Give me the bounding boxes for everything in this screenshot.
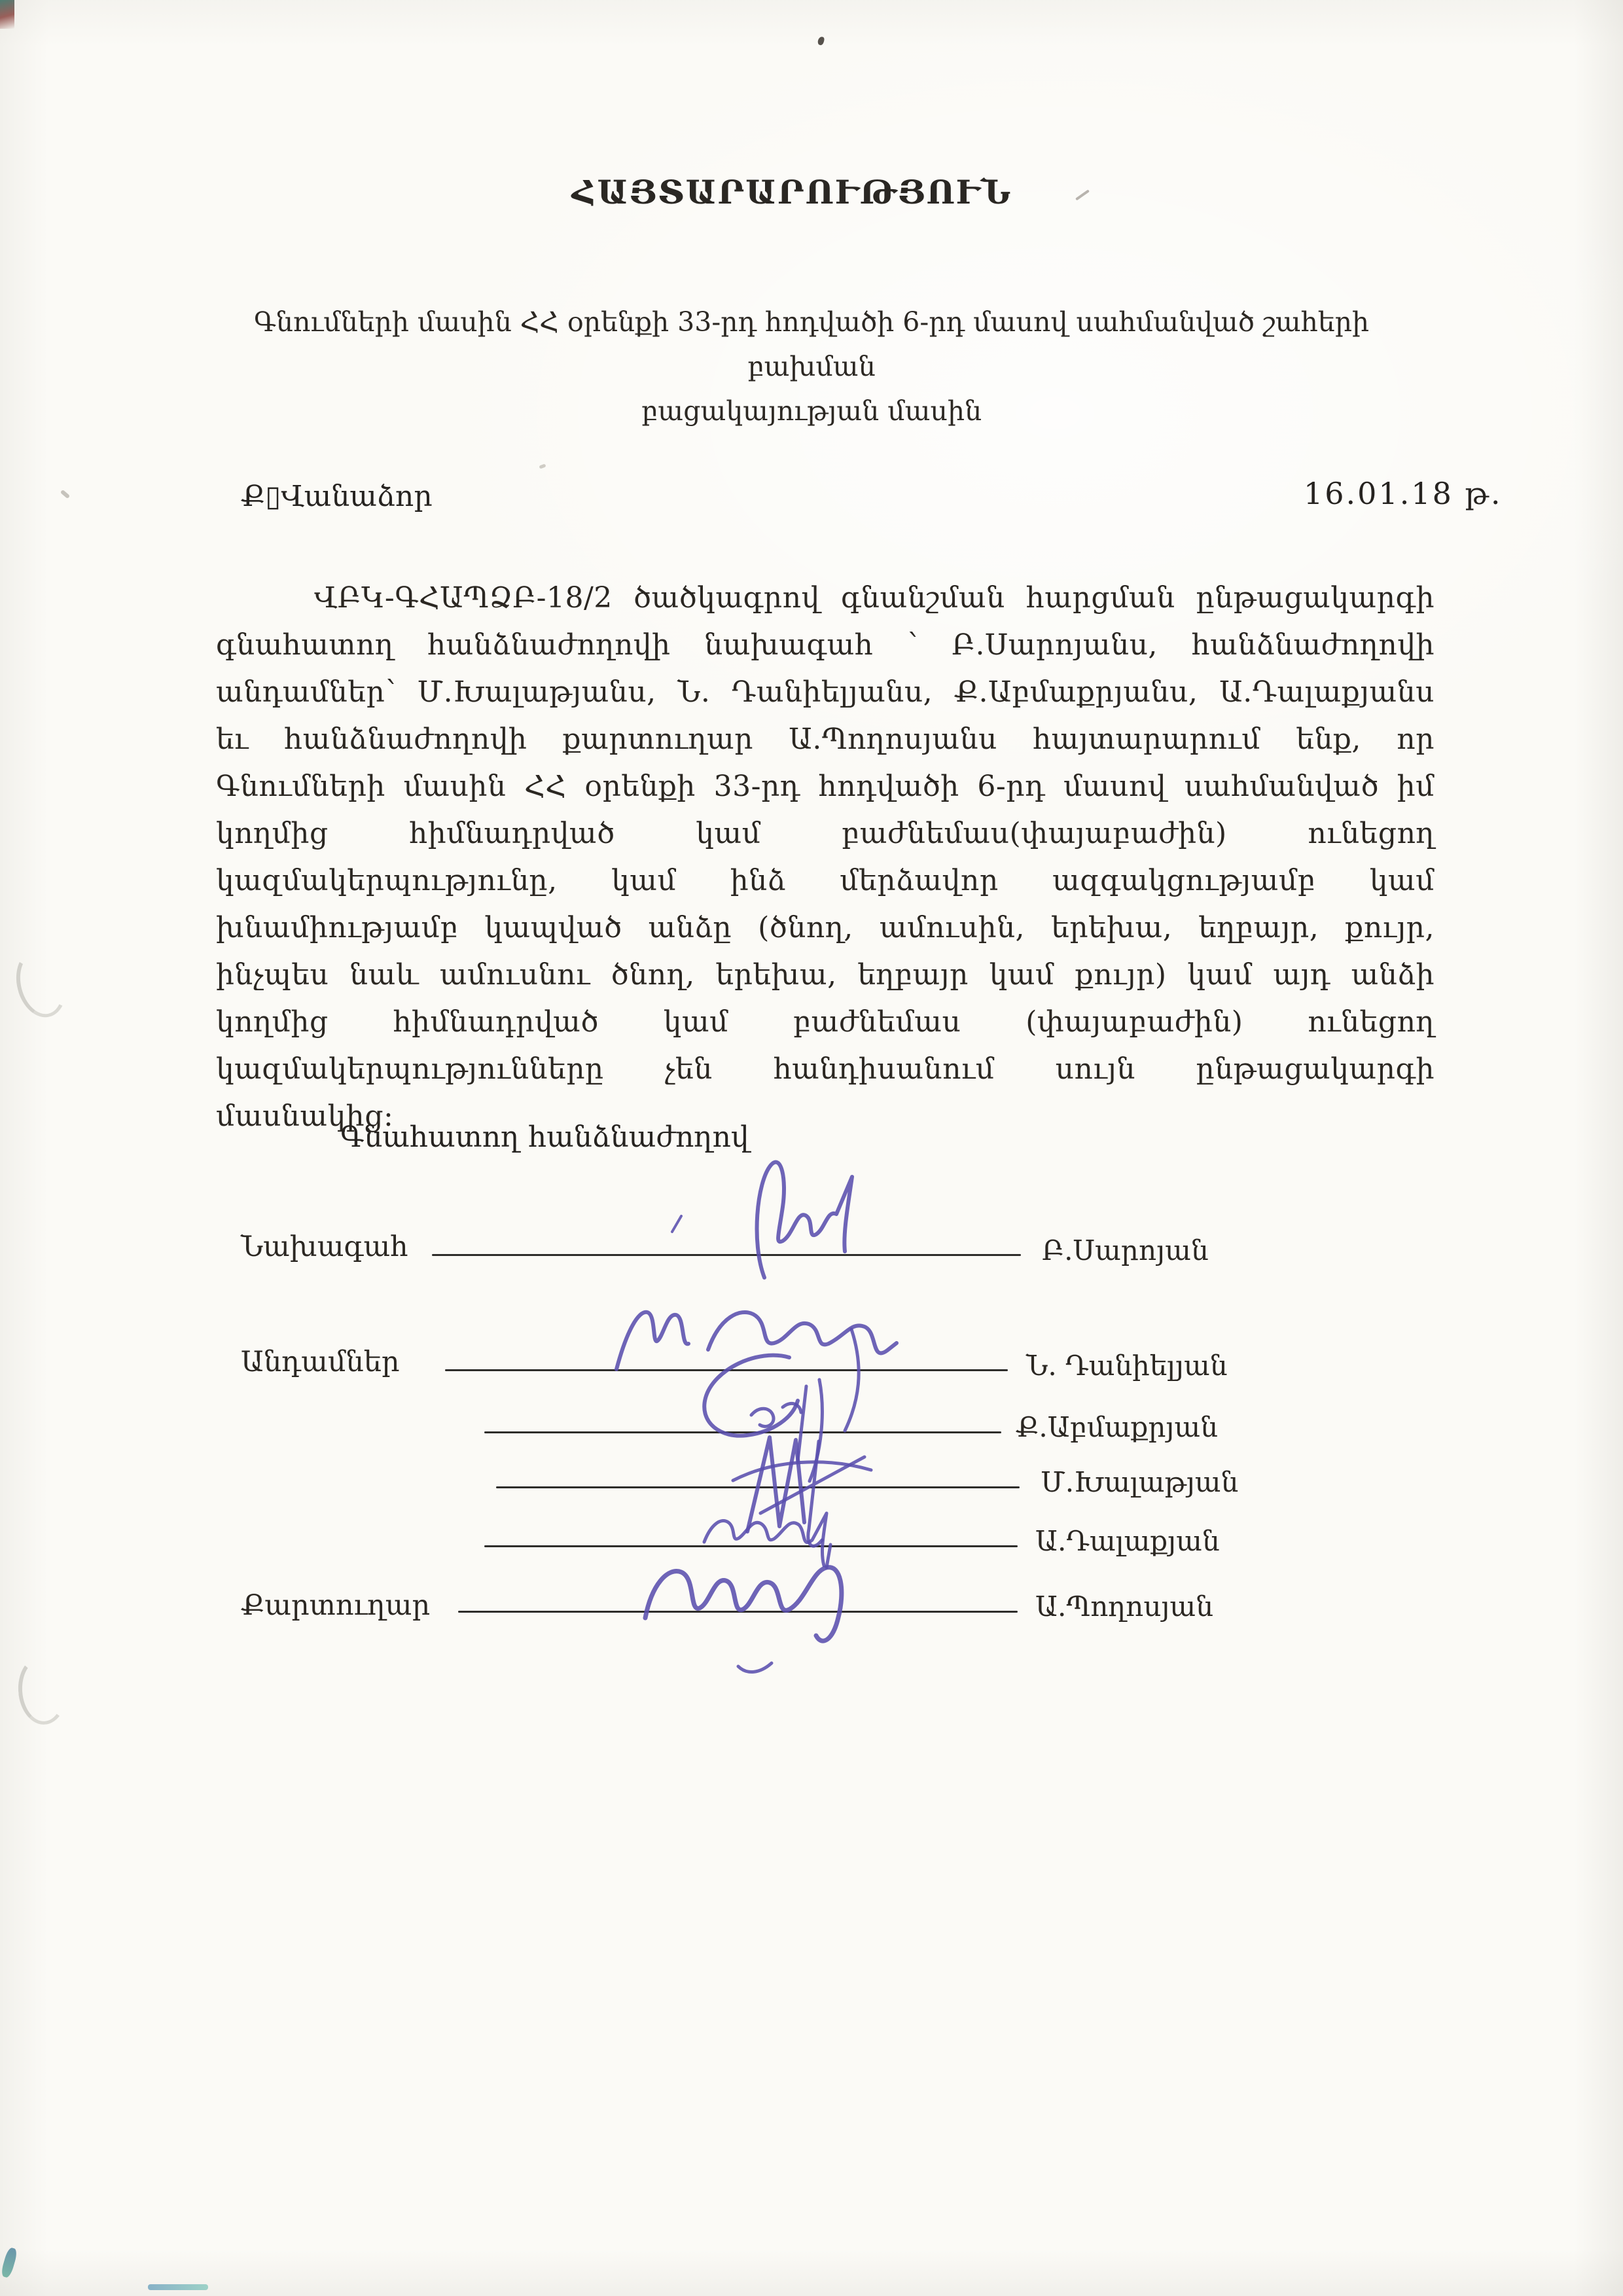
scan-corner-artifact [0, 2247, 18, 2279]
signature-ink-dalakyan [704, 1513, 827, 1566]
signature-name-abmakryan: Ք.Աբմաքրյան [1016, 1411, 1218, 1443]
signature-ink-saroyan [757, 1162, 852, 1278]
signature-name-poghosyan: Ա.Պողոսյան [1035, 1590, 1213, 1623]
signature-line [484, 1545, 1018, 1547]
signature-block-heading: Գնահատող հանձնաժողով [340, 1121, 749, 1154]
signature-ink-poghosyan [645, 1568, 842, 1641]
signature-line [445, 1369, 1008, 1371]
signature-ink-poghosyan-check [738, 1663, 772, 1672]
signature-ink-poghosyan-top [827, 1545, 830, 1568]
punch-hole-shadow [9, 944, 73, 1023]
signature-ink-abmakryan-strokes [798, 1380, 822, 1481]
signature-ink-khalatyan [747, 1437, 804, 1532]
signature-line [458, 1611, 1018, 1613]
scan-speck [817, 36, 825, 46]
place-label: Ք▯Վանաձոր [241, 480, 433, 513]
signature-name-danielyan: Ն. Դանիելյան [1026, 1350, 1228, 1382]
signature-name-saroyan: Բ.Սարոյան [1042, 1234, 1209, 1266]
scan-speck [539, 463, 546, 469]
document-subtitle: Գնումների մասին ՀՀ օրենքի 33-րդ հոդվածի … [196, 300, 1427, 433]
signature-ink-saroyan-tick [672, 1216, 681, 1232]
signature-line [484, 1431, 1001, 1433]
signature-ink-abmakryan-loops [751, 1403, 801, 1426]
signature-ink-abmakryan [704, 1355, 798, 1436]
subtitle-line-2: բացակայության մասին [196, 389, 1427, 433]
punch-hole-shadow [16, 1655, 69, 1727]
signature-ink-danielyan-tail [845, 1329, 859, 1431]
document-title: ՀԱՅՏԱՐԱՐՈՒԹՅՈՒՆ [0, 173, 1584, 211]
signature-label-members: Անդամներ [241, 1346, 400, 1378]
signature-label-secretary: Քարտուղար [241, 1589, 430, 1622]
signature-ink-danielyan-2 [708, 1312, 897, 1354]
date-label: 16.01.18 թ. [1304, 476, 1502, 511]
signature-line [496, 1486, 1020, 1488]
subtitle-line-1: Գնումների մասին ՀՀ օրենքի 33-րդ հոդվածի … [196, 300, 1427, 389]
scan-speck [60, 490, 70, 499]
signature-name-khalatyan: Մ.Խալաթյան [1041, 1466, 1238, 1498]
signature-ink-khalatyan-bar [733, 1462, 871, 1480]
scan-corner-artifact [0, 0, 14, 29]
signature-ink-khalatyan-slash [760, 1441, 865, 1546]
signature-name-dalakyan: Ա.Դալաքյան [1035, 1525, 1220, 1557]
signature-line [432, 1254, 1021, 1256]
scanned-declaration-document: { "doc": { "title": "ՀԱՅՏԱՐԱՐՈՒԹՅՈՒՆ", "… [0, 0, 1623, 2296]
declaration-body-text: ՎԲԿ-ԳՀԱՊՁԲ-18/2 ծածկագրով գնանշման հարցմ… [216, 575, 1435, 1140]
signature-ink-danielyan [616, 1312, 688, 1369]
scan-edge-artifact [148, 2284, 208, 2290]
signature-label-chairman: Նախագահ [241, 1230, 408, 1263]
